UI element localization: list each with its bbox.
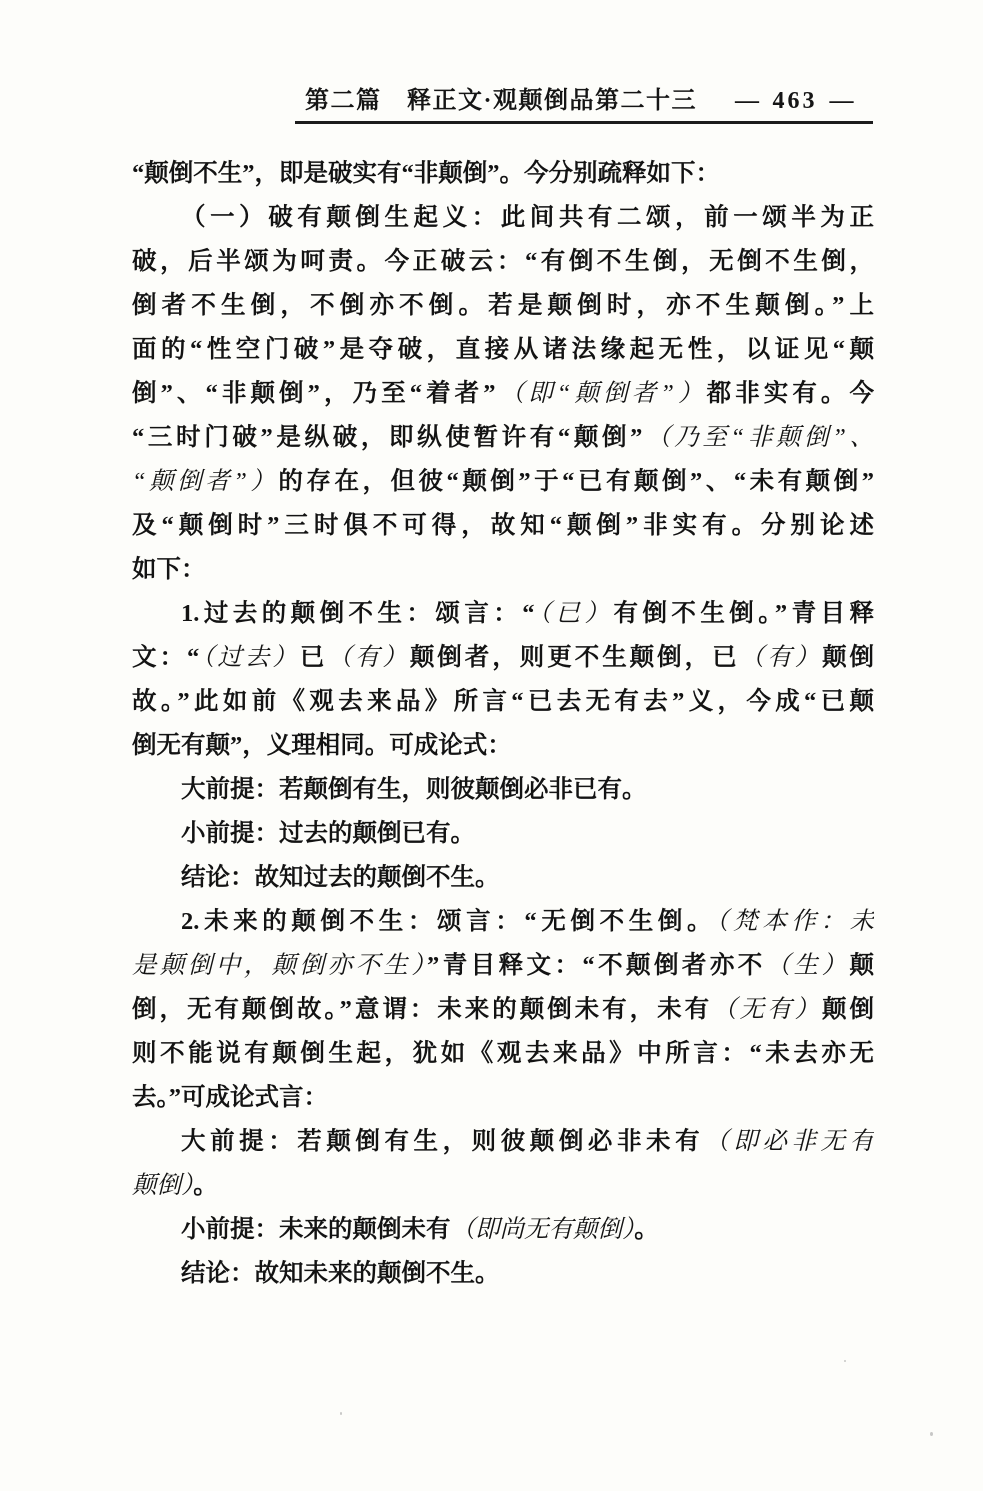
text-run: 倒”、“非颠倒”，乃至“着者” — [132, 380, 496, 407]
line-pt1-3: 故。”此如前《观去来品》所言“已去无有去”义，今成“已颠 — [132, 680, 874, 724]
text-run: 则不能说有颠倒生起，犹如《观去来品》中所言：“未去亦无 — [132, 1040, 874, 1067]
annotation-run: （无有） — [712, 996, 822, 1023]
line-sec1-1: （一）破有颠倒生起义：此间共有二颂，前一颂半为正 — [132, 196, 874, 240]
annotation-run: （即“颠倒者”） — [496, 380, 707, 407]
text-run: 小前提：未来的颠倒未有 — [181, 1216, 451, 1243]
text-run: ”青目释文：“不颠倒者亦不 — [427, 952, 766, 979]
page-number: 463 — [773, 88, 818, 114]
text-run: 2.未来的颠倒不生：颂言：“无倒不生倒。 — [181, 908, 716, 935]
line-syl2-major-1: 大前提：若颠倒有生，则彼颠倒必非未有（即必非无有 — [132, 1120, 874, 1164]
line-sec1-6: “三时门破”是纵破，即纵使暂许有“颠倒”（乃至“非颠倒”、 — [132, 416, 874, 460]
text-run: 颠倒者，则更不生颠倒，已 — [410, 644, 740, 671]
text-run: 倒者不生倒，不倒亦不倒。若是颠倒时，亦不生颠倒。”上 — [132, 292, 874, 319]
text-run: 都非实有。今 — [707, 380, 874, 407]
text-run: 故。”此如前《观去来品》所言“已去无有去”义，今成“已颠 — [132, 688, 874, 715]
text-run: （一）破有颠倒生起义：此间共有二颂，前一颂半为正 — [181, 204, 874, 231]
text-run: 。 — [193, 1172, 218, 1199]
annotation-run: （有） — [740, 644, 822, 671]
text-run: 1.过去的颠倒不生：颂言：“ — [181, 600, 534, 627]
text-run: 如下： — [132, 556, 206, 583]
text-run: 已 — [300, 644, 327, 671]
line-pt2-4: 则不能说有颠倒生起，犹如《观去来品》中所言：“未去亦无 — [132, 1032, 874, 1076]
line-syl2-major-2: 颠倒）。 — [132, 1164, 874, 1208]
page-number-group: —463— — [723, 88, 867, 114]
line-syl1-minor: 小前提：过去的颠倒已有。 — [132, 812, 874, 856]
text-run: “颠倒不生”，即是破实有“非颠倒”。今分别疏释如下： — [132, 160, 720, 187]
text-run: 及“颠倒时”三时俱不可得，故知“颠倒”非实有。分别论述 — [132, 512, 874, 539]
annotation-run: （生） — [766, 952, 850, 979]
annotation-run: （梵本作：未 — [716, 908, 874, 935]
line-syl2-concl: 结论：故知未来的颠倒不生。 — [132, 1252, 874, 1296]
book-page: 第二篇 释正文·观颠倒品第二十三—463— “颠倒不生”，即是破实有“非颠倒”。… — [0, 0, 983, 1491]
text-run: 小前提：过去的颠倒已有。 — [181, 820, 475, 847]
text-run: 去。”可成论式言： — [132, 1084, 328, 1111]
line-pt1-2: 文：“（过去）已（有）颠倒者，则更不生颠倒，已（有）颠倒 — [132, 636, 874, 680]
text-run: 大前提：若颠倒有生，则彼颠倒必非已有。 — [181, 776, 647, 803]
text-run: 颠倒 — [822, 644, 874, 671]
line-sec1-4: 面的“性空门破”是夺破，直接从诸法缘起无性，以证见“颠 — [132, 328, 874, 372]
page-number-dash-left: — — [735, 88, 761, 114]
scan-speck — [844, 1360, 846, 1362]
scan-speck — [340, 1412, 342, 1415]
line-sec1-2: 破，后半颂为呵责。今正破云：“有倒不生倒，无倒不生倒， — [132, 240, 874, 284]
text-run: 面的“性空门破”是夺破，直接从诸法缘起无性，以证见“颠 — [132, 336, 874, 363]
line-sec1-3: 倒者不生倒，不倒亦不倒。若是颠倒时，亦不生颠倒。”上 — [132, 284, 874, 328]
line-intro-end: “颠倒不生”，即是破实有“非颠倒”。今分别疏释如下： — [132, 152, 874, 196]
text-run: 。 — [634, 1216, 659, 1243]
annotation-run: （已） — [534, 600, 613, 627]
annotation-run: 颠倒） — [132, 1172, 193, 1199]
annotation-run: “颠倒者”） — [132, 468, 278, 495]
line-pt1-1: 1.过去的颠倒不生：颂言：“（已）有倒不生倒。”青目释 — [132, 592, 874, 636]
page-number-dash-right: — — [830, 88, 856, 114]
text-run: 结论：故知未来的颠倒不生。 — [181, 1260, 500, 1287]
text-run: 倒无有颠”，义理相同。可成论式： — [132, 732, 512, 759]
line-pt2-3: 倒，无有颠倒故。”意谓：未来的颠倒未有，未有（无有）颠倒 — [132, 988, 874, 1032]
line-pt2-1: 2.未来的颠倒不生：颂言：“无倒不生倒。（梵本作：未 — [132, 900, 874, 944]
line-sec1-5: 倒”、“非颠倒”，乃至“着者”（即“颠倒者”）都非实有。今 — [132, 372, 874, 416]
line-pt2-2: 是颠倒中，颠倒亦不生）”青目释文：“不颠倒者亦不（生）颠 — [132, 944, 874, 988]
text-run: 结论：故知过去的颠倒不生。 — [181, 864, 500, 891]
annotation-run: （即必非无有 — [704, 1128, 874, 1155]
annotation-run: （有） — [327, 644, 409, 671]
scan-speck — [930, 1432, 933, 1436]
annotation-run: （乃至“非颠倒”、 — [642, 424, 874, 451]
line-sec1-9: 如下： — [132, 548, 874, 592]
line-pt1-4: 倒无有颠”，义理相同。可成论式： — [132, 724, 874, 768]
line-sec1-7: “颠倒者”）的存在，但彼“颠倒”于“已有颠倒”、“未有颠倒” — [132, 460, 874, 504]
text-run: “三时门破”是纵破，即纵使暂许有“颠倒” — [132, 424, 642, 451]
running-head-title: 第二篇 释正文·观颠倒品第二十三 — [305, 88, 697, 114]
text-run: 大前提：若颠倒有生，则彼颠倒必非未有 — [181, 1128, 704, 1155]
text-run: 文：“ — [132, 644, 199, 671]
annotation-run: （即尚无有颠倒） — [451, 1216, 635, 1243]
text-run: 有倒不生倒。”青目释 — [614, 600, 875, 627]
body-text: “颠倒不生”，即是破实有“非颠倒”。今分别疏释如下：（一）破有颠倒生起义：此间共… — [132, 152, 874, 1296]
text-run: 的存在，但彼“颠倒”于“已有颠倒”、“未有颠倒” — [278, 468, 874, 495]
line-pt2-5: 去。”可成论式言： — [132, 1076, 874, 1120]
annotation-run: 是颠倒中，颠倒亦不生） — [132, 952, 427, 979]
line-sec1-8: 及“颠倒时”三时俱不可得，故知“颠倒”非实有。分别论述 — [132, 504, 874, 548]
line-syl1-major: 大前提：若颠倒有生，则彼颠倒必非已有。 — [132, 768, 874, 812]
line-syl1-concl: 结论：故知过去的颠倒不生。 — [132, 856, 874, 900]
annotation-run: （过去） — [199, 644, 300, 671]
text-run: 颠 — [850, 952, 874, 979]
text-run: 颠倒 — [822, 996, 874, 1023]
text-run: 倒，无有颠倒故。”意谓：未来的颠倒未有，未有 — [132, 996, 712, 1023]
line-syl2-minor: 小前提：未来的颠倒未有（即尚无有颠倒）。 — [132, 1208, 874, 1252]
page-header: 第二篇 释正文·观颠倒品第二十三—463— — [295, 86, 873, 124]
text-run: 破，后半颂为呵责。今正破云：“有倒不生倒，无倒不生倒， — [132, 248, 874, 275]
